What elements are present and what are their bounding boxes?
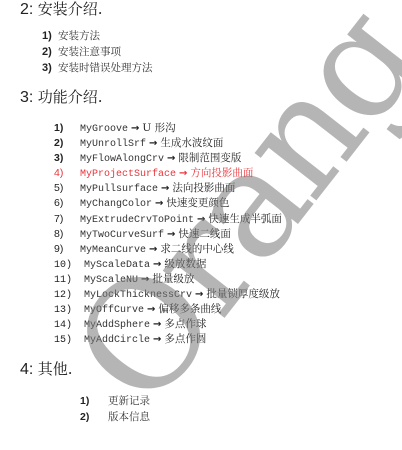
feature-item[interactable]: 10)MyScaleData→级放数据	[54, 257, 282, 272]
section-4-number: 4:	[20, 361, 33, 378]
arrow-right-icon: →	[131, 123, 139, 134]
section-3-title: 功能介绍.	[38, 88, 103, 106]
arrow-right-icon: →	[153, 259, 161, 270]
arrow-right-icon: →	[149, 244, 157, 255]
command-name[interactable]: MyTwoCurveSurf	[80, 230, 164, 241]
arrow-right-icon: →	[161, 183, 169, 194]
install-notes-link[interactable]: 安装注意事项	[58, 46, 121, 58]
arrow-right-icon: →	[153, 334, 161, 345]
changelog-link[interactable]: 更新记录	[108, 395, 150, 407]
command-name[interactable]: MyFlowAlongCrv	[80, 154, 164, 165]
arrow-right-icon: →	[167, 229, 175, 240]
install-errors-link[interactable]: 安装时错误处理方法	[58, 62, 153, 74]
command-name[interactable]: MyChangColor	[80, 199, 152, 210]
feature-item[interactable]: 1)MyGroove→U 形沟	[54, 121, 282, 136]
list-item[interactable]: 1)更新记录	[80, 393, 150, 409]
command-name[interactable]: MyUnrollSrf	[80, 139, 146, 150]
section-4-list: 1)更新记录 2)版本信息	[80, 393, 150, 425]
command-name[interactable]: MyAddCircle	[84, 335, 150, 346]
install-method-link[interactable]: 安装方法	[58, 30, 100, 42]
command-name[interactable]: MyOffCurve	[84, 305, 144, 316]
command-name[interactable]: MyAddSphere	[84, 320, 150, 331]
command-name[interactable]: MyLockThicknessCrv	[84, 290, 192, 301]
arrow-right-icon: →	[195, 289, 203, 300]
section-4-title: 其他.	[38, 360, 73, 378]
arrow-right-icon: →	[149, 138, 157, 149]
section-2-heading: 2: 安装介绍.	[20, 0, 103, 19]
command-name[interactable]: MyScaleData	[84, 260, 150, 271]
feature-item[interactable]: 6)MyChangColor→快速变更颜色	[54, 196, 282, 211]
arrow-right-icon: →	[147, 304, 155, 315]
command-name[interactable]: MyPullsurface	[80, 184, 158, 195]
feature-item[interactable]: 13)MyOffCurve→偏移多条曲线	[54, 302, 282, 317]
list-item[interactable]: 2)版本信息	[80, 409, 150, 425]
section-2-title: 安装介绍.	[38, 0, 103, 18]
list-item[interactable]: 2)安装注意事项	[42, 44, 153, 60]
command-name[interactable]: MyGroove	[80, 124, 128, 135]
arrow-right-icon: →	[167, 153, 175, 164]
arrow-right-icon: →	[179, 168, 187, 179]
feature-item[interactable]: 11)MyScaleNU→批量级放	[54, 272, 282, 287]
feature-item[interactable]: 14)MyAddSphere→多点作球	[54, 317, 282, 332]
section-3-number: 3:	[20, 89, 33, 106]
version-info-link[interactable]: 版本信息	[108, 411, 150, 423]
feature-item[interactable]: 7)MyExtrudeCrvToPoint→快速生成半弧面	[54, 212, 282, 227]
arrow-right-icon: →	[155, 198, 163, 209]
feature-list: 1)MyGroove→U 形沟 2)MyUnrollSrf→生成水波纹面 3)M…	[54, 121, 282, 347]
section-3-heading: 3: 功能介绍.	[20, 86, 103, 107]
command-name[interactable]: MyMeanCurve	[80, 245, 146, 256]
feature-item[interactable]: 3)MyFlowAlongCrv→限制范围变版	[54, 151, 282, 166]
feature-item[interactable]: 5)MyPullsurface→法向投影曲面	[54, 181, 282, 196]
arrow-right-icon: →	[197, 214, 205, 225]
feature-item-highlighted[interactable]: 4)MyProjectSurface→方向投影曲面	[54, 166, 282, 181]
command-name[interactable]: MyProjectSurface	[80, 169, 176, 180]
command-name[interactable]: MyScaleNU	[84, 275, 138, 286]
feature-item[interactable]: 9)MyMeanCurve→求二线的中心线	[54, 242, 282, 257]
feature-item[interactable]: 12)MyLockThicknessCrv→批量锁厚度级放	[54, 287, 282, 302]
feature-item[interactable]: 2)MyUnrollSrf→生成水波纹面	[54, 136, 282, 151]
section-2-list: 1)安装方法 2)安装注意事项 3)安装时错误处理方法	[42, 28, 153, 76]
feature-item[interactable]: 8)MyTwoCurveSurf→快速二线面	[54, 227, 282, 242]
arrow-right-icon: →	[141, 274, 149, 285]
list-item[interactable]: 3)安装时错误处理方法	[42, 60, 153, 76]
command-name[interactable]: MyExtrudeCrvToPoint	[80, 215, 194, 226]
section-2-number: 2:	[20, 1, 33, 18]
list-item[interactable]: 1)安装方法	[42, 28, 153, 44]
feature-item[interactable]: 15)MyAddCircle→多点作圆	[54, 332, 282, 347]
arrow-right-icon: →	[153, 319, 161, 330]
section-4-heading: 4: 其他.	[20, 358, 73, 379]
